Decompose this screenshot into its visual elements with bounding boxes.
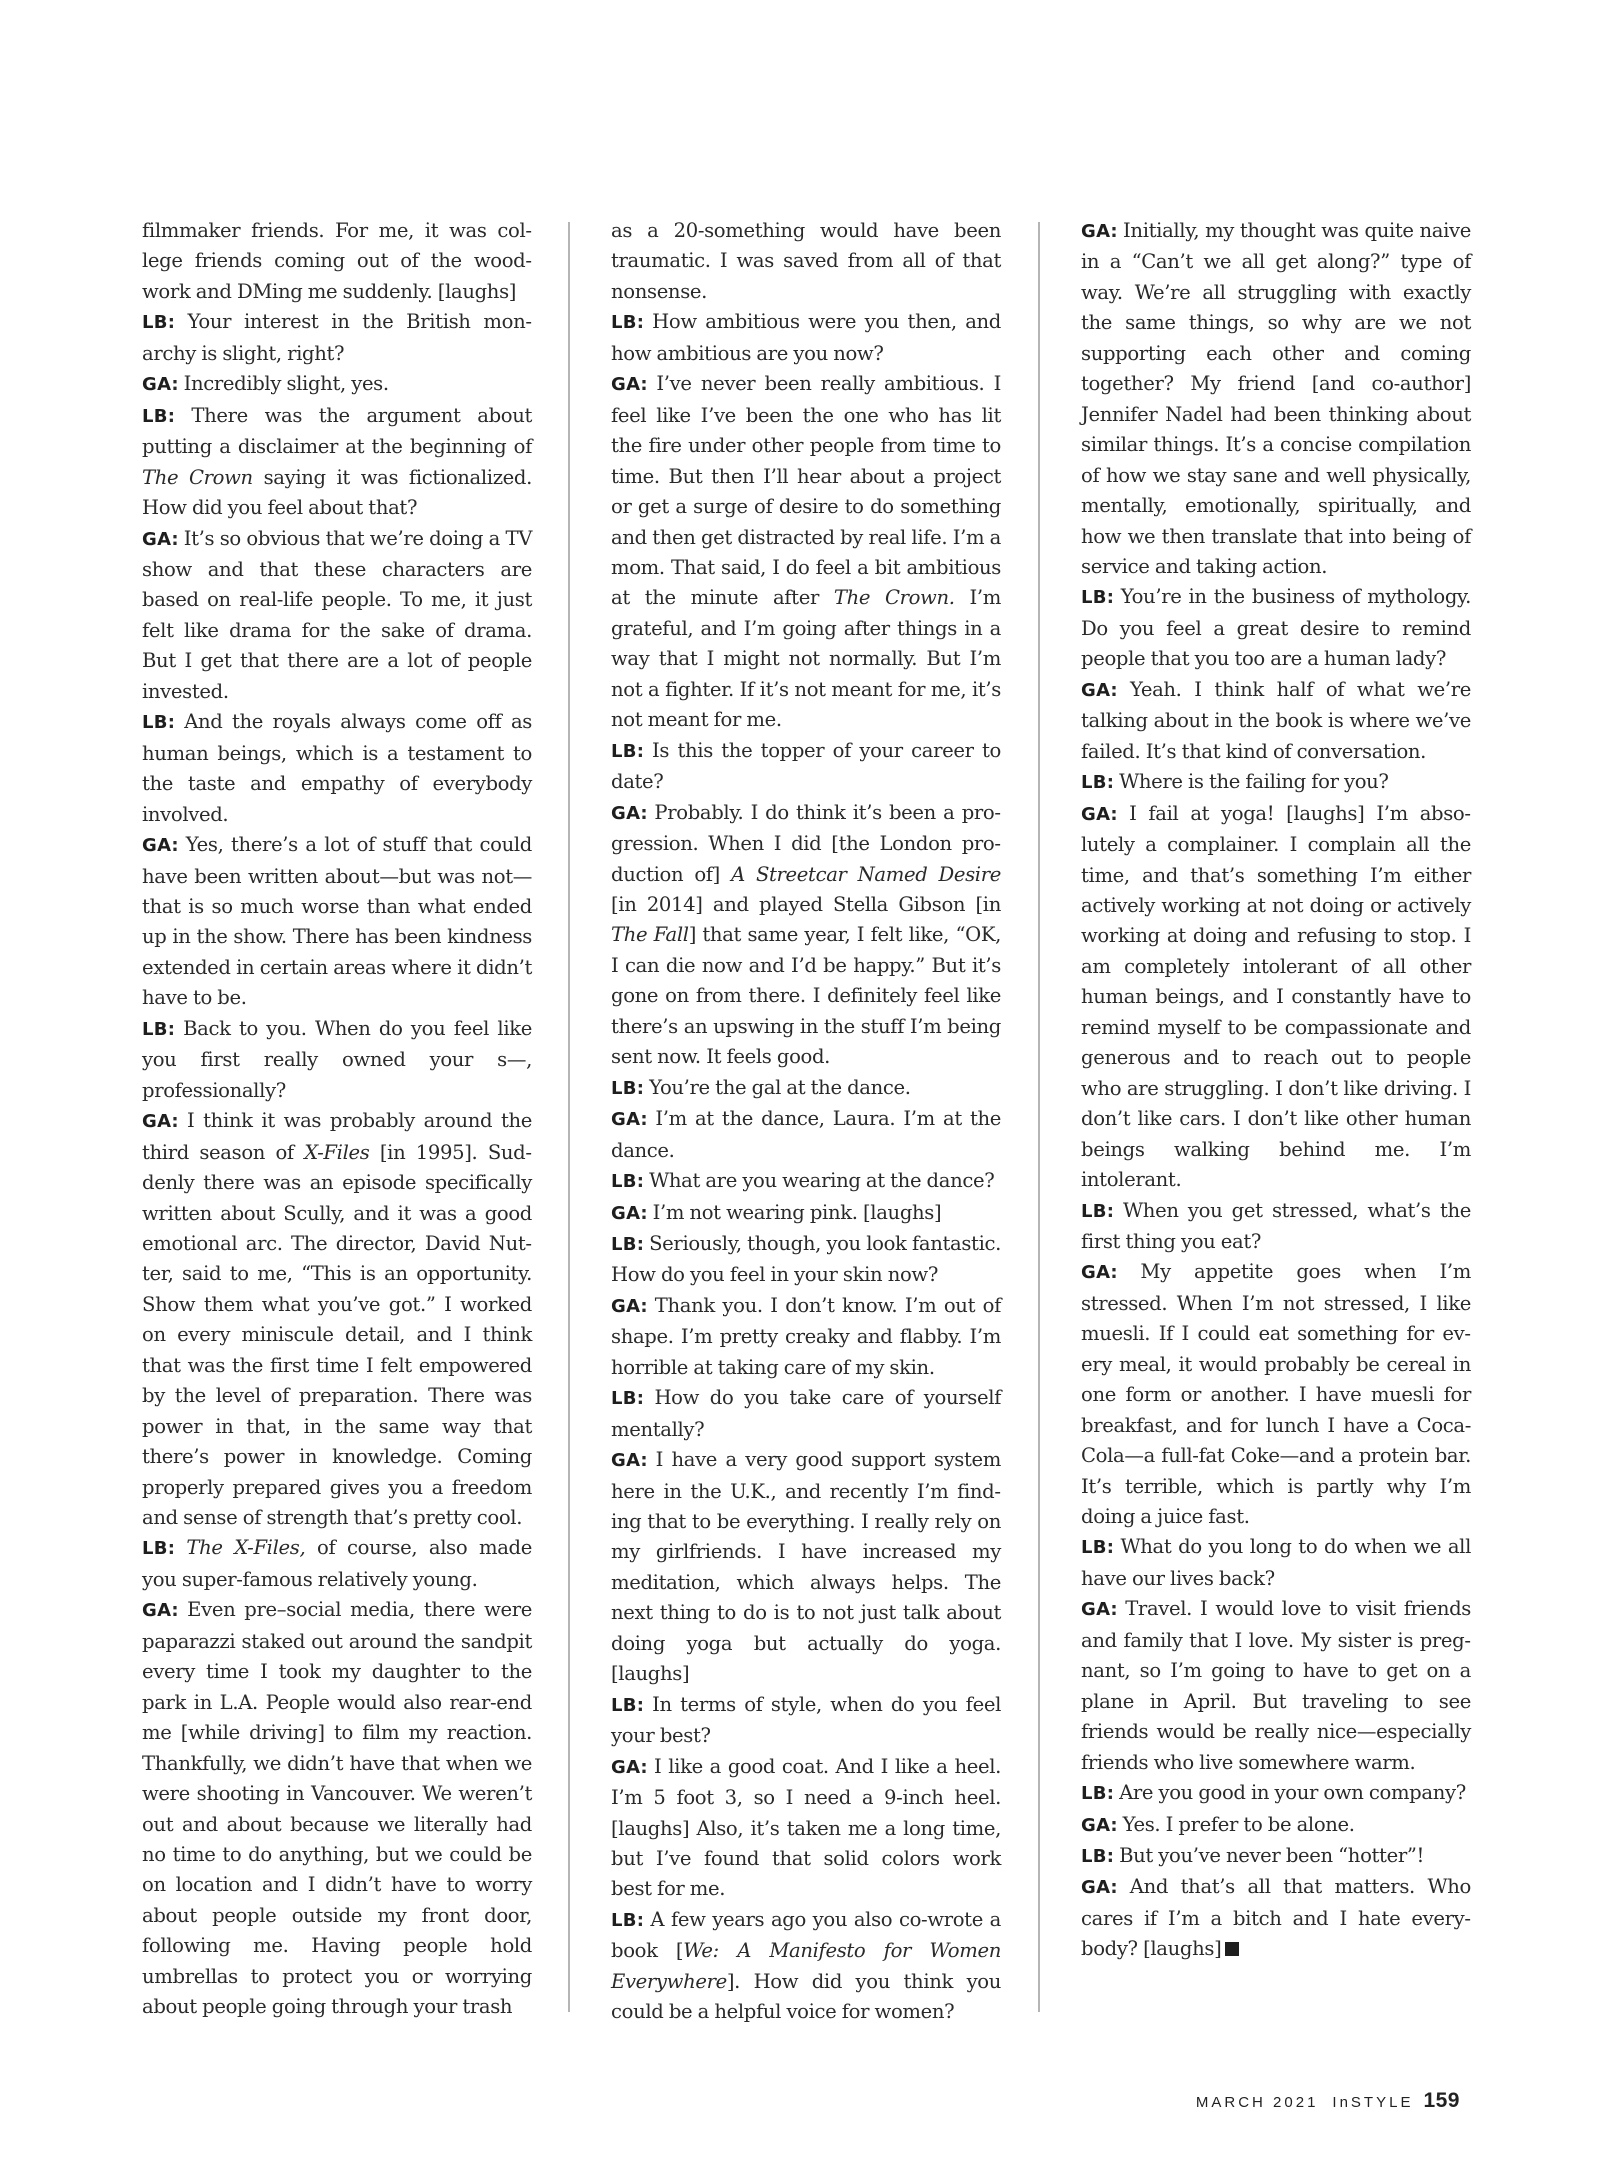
interview-exchange: LB: And the royals always come off as hu… — [142, 707, 532, 830]
speaker-label: LB — [1081, 1783, 1107, 1804]
body-text: My appetite goes when I’m stressed. When… — [1081, 1260, 1471, 1528]
speaker-label: GA — [1081, 1877, 1110, 1898]
interview-exchange: GA: I have a very good support system he… — [611, 1445, 1001, 1690]
interview-exchange: LB: The X-Files, of course, also made yo… — [142, 1533, 532, 1595]
interview-exchange: GA: I fail at yoga! [laughs] I’m abso­lu… — [1081, 799, 1471, 1196]
speaker-label: LB — [611, 741, 637, 762]
interview-exchange: GA: I’m not wearing pink. [laughs] — [611, 1198, 1001, 1229]
body-text: Even pre–social media, there were papara… — [142, 1598, 532, 2018]
speaker-label: GA — [1081, 804, 1110, 825]
speaker-label: LB — [1081, 1846, 1107, 1867]
speaker-label: LB — [1081, 1537, 1107, 1558]
interview-exchange: GA: Thank you. I don’t know. I’m out of … — [611, 1291, 1001, 1383]
body-text: Yes. I prefer to be alone. — [1123, 1813, 1355, 1836]
speaker-label: GA — [1081, 680, 1110, 701]
article-column-2: as a 20-something would have been trauma… — [611, 216, 1001, 2028]
speaker-label: LB — [611, 1171, 637, 1192]
interview-exchange: GA: Yes. I prefer to be alone. — [1081, 1810, 1471, 1841]
interview-exchange: GA: I’ve never been really ambitious. I … — [611, 369, 1001, 735]
page-number: 159 — [1423, 2089, 1460, 2113]
speaker-label: LB — [1081, 772, 1107, 793]
interview-exchange: GA: It’s so obvious that we’re doing a T… — [142, 524, 532, 708]
body-text: I like a good coat. And I like a heel. I… — [611, 1755, 1001, 1901]
body-text: Thank you. I don’t know. I’m out of shap… — [611, 1294, 1001, 1379]
body-text: Initially, my thought was quite naive in… — [1081, 219, 1471, 578]
body-text: Back to you. When do you feel like you f… — [142, 1017, 532, 1102]
speaker-label: GA — [1081, 1262, 1110, 1283]
speaker-label: GA — [142, 835, 171, 856]
interview-exchange: LB: What are you wearing at the dance? — [611, 1166, 1001, 1197]
interview-exchange: GA: My appetite goes when I’m stressed. … — [1081, 1257, 1471, 1532]
body-text: Travel. I would love to visit friends an… — [1081, 1597, 1471, 1773]
body-text: [in 1995]. Sud­denly there was an episod… — [142, 1141, 532, 1529]
body-text: What are you wearing at the dance? — [649, 1169, 994, 1192]
article-column-1: filmmaker friends. For me, it was col­le… — [142, 216, 532, 2023]
speaker-label: GA — [1081, 1815, 1110, 1836]
body-text: How ambitious were you then, and how amb… — [611, 310, 1001, 364]
interview-exchange: LB: But you’ve never been “hotter”! — [1081, 1841, 1471, 1872]
issue-date: MARCH 2021 — [1196, 2094, 1319, 2111]
title-italic: A Streetcar Named Desire — [731, 863, 1001, 886]
interview-exchange: GA: Travel. I would love to visit friend… — [1081, 1594, 1471, 1778]
article-column-3: GA: Initially, my thought was quite naiv… — [1081, 216, 1471, 1965]
page-footer: MARCH 2021 InSTYLE 159 — [1196, 2089, 1460, 2113]
body-text: You’re the gal at the dance. — [649, 1076, 911, 1099]
interview-exchange: GA: Initially, my thought was quite naiv… — [1081, 216, 1471, 582]
body-text: There was the argument about putting a d… — [142, 404, 532, 458]
body-text: And the royals always come off as human … — [142, 710, 532, 825]
body-text: I fail at yoga! [laughs] I’m abso­lutely… — [1081, 802, 1471, 1191]
continued-paragraph: filmmaker friends. For me, it was col­le… — [142, 216, 532, 307]
speaker-label: LB — [142, 712, 168, 733]
interview-exchange: GA: Incredibly slight, yes. — [142, 369, 532, 400]
speaker-label: LB — [611, 1910, 637, 1931]
speaker-label: LB — [1081, 587, 1107, 608]
speaker-label: LB — [1081, 1201, 1107, 1222]
interview-exchange: LB: There was the argument about putting… — [142, 401, 532, 524]
body-text: Your interest in the British mon­archy i… — [142, 310, 532, 364]
speaker-label: GA — [611, 1109, 640, 1130]
interview-exchange: LB: Back to you. When do you feel like y… — [142, 1014, 532, 1106]
interview-exchange: LB: A few years ago you also co-wrote a … — [611, 1905, 1001, 2028]
speaker-label: LB — [611, 312, 637, 333]
speaker-label: LB — [142, 1019, 168, 1040]
speaker-label: LB — [611, 1234, 637, 1255]
body-text: Where is the failing for you? — [1119, 770, 1389, 793]
body-text: And that’s all that matters. Who cares i… — [1081, 1875, 1471, 1960]
interview-exchange: LB: Where is the failing for you? — [1081, 767, 1471, 798]
body-text: In terms of style, when do you feel your… — [611, 1693, 1001, 1747]
interview-exchange: GA: Even pre–social media, there were pa… — [142, 1595, 532, 2022]
speaker-label: GA — [611, 1450, 640, 1471]
interview-exchange: LB: How do you take care of yourself men… — [611, 1383, 1001, 1445]
body-text: Seriously, though, you look fantas­tic. … — [611, 1232, 1001, 1286]
interview-exchange: GA: And that’s all that matters. Who car… — [1081, 1872, 1471, 1964]
interview-exchange: GA: Probably. I do think it’s been a pro… — [611, 798, 1001, 1073]
magazine-brand: InSTYLE — [1332, 2094, 1413, 2111]
speaker-label: GA — [611, 1296, 640, 1317]
speaker-label: GA — [142, 1600, 171, 1621]
title-italic: The Crown — [142, 466, 253, 489]
magazine-page: filmmaker friends. For me, it was col­le… — [0, 0, 1600, 2175]
body-text: When you get stressed, what’s the first … — [1081, 1199, 1471, 1253]
continued-paragraph: as a 20-something would have been trauma… — [611, 216, 1001, 307]
end-of-article-mark — [1225, 1942, 1239, 1956]
body-text: Is this the topper of your career to dat… — [611, 739, 1001, 793]
interview-exchange: GA: I think it was probably around the t… — [142, 1106, 532, 1533]
speaker-label: LB — [142, 1538, 168, 1559]
body-text: Incredibly slight, yes. — [184, 372, 389, 395]
speaker-label: GA — [1081, 1599, 1110, 1620]
interview-exchange: LB: What do you long to do when we all h… — [1081, 1532, 1471, 1594]
speaker-label: GA — [611, 1203, 640, 1224]
speaker-label: GA — [611, 803, 640, 824]
body-text: filmmaker friends. For me, it was col­le… — [142, 219, 532, 303]
speaker-label: LB — [142, 406, 168, 427]
speaker-label: LB — [611, 1695, 637, 1716]
interview-exchange: LB: Your interest in the British mon­arc… — [142, 307, 532, 369]
interview-exchange: GA: I’m at the dance, Laura. I’m at the … — [611, 1104, 1001, 1166]
speaker-label: LB — [142, 312, 168, 333]
body-text: You’re in the business of mythology. Do … — [1081, 585, 1471, 670]
interview-exchange: LB: You’re the gal at the dance. — [611, 1073, 1001, 1104]
interview-exchange: LB: How ambitious were you then, and how… — [611, 307, 1001, 369]
body-text: What do you long to do when we all have … — [1081, 1535, 1471, 1589]
body-text: I’ve never been really ambitious. I feel… — [611, 372, 1001, 609]
interview-exchange: LB: In terms of style, when do you feel … — [611, 1690, 1001, 1752]
interview-exchange: LB: Is this the topper of your career to… — [611, 736, 1001, 798]
interview-exchange: LB: Are you good in your own com­pany? — [1081, 1778, 1471, 1809]
interview-exchange: GA: I like a good coat. And I like a hee… — [611, 1752, 1001, 1905]
column-divider — [568, 222, 570, 2012]
body-text: as a 20-something would have been trauma… — [611, 219, 1001, 303]
title-italic: X-Files — [304, 1141, 369, 1164]
speaker-label: GA — [142, 374, 171, 395]
body-text: It’s so obvious that we’re doing a TV sh… — [142, 527, 532, 703]
speaker-label: GA — [142, 1111, 171, 1132]
speaker-label: GA — [611, 1757, 640, 1778]
interview-exchange: LB: You’re in the business of mythology.… — [1081, 582, 1471, 674]
speaker-label: GA — [142, 529, 171, 550]
title-italic: The Fall — [611, 923, 689, 946]
column-divider — [1038, 222, 1040, 2012]
body-text: Are you good in your own com­pany? — [1119, 1781, 1466, 1804]
body-text: Yeah. I think half of what we’re talking… — [1081, 678, 1471, 763]
body-text: I’m not wearing pink. [laughs] — [653, 1201, 942, 1224]
interview-exchange: LB: Seriously, though, you look fantas­t… — [611, 1229, 1001, 1291]
body-text: Yes, there’s a lot of stuff that could h… — [142, 833, 532, 1009]
body-text: I’m at the dance, Laura. I’m at the danc… — [611, 1107, 1001, 1161]
body-text: I have a very good support system here i… — [611, 1448, 1001, 1685]
speaker-label: GA — [1081, 221, 1110, 242]
speaker-label: LB — [611, 1388, 637, 1409]
body-text: [in 2014] and played Stella Gibson [in — [611, 893, 1001, 916]
speaker-label: GA — [611, 374, 640, 395]
body-text: But you’ve never been “hotter”! — [1119, 1844, 1424, 1867]
title-italic: The Crown. — [834, 586, 955, 609]
interview-exchange: GA: Yeah. I think half of what we’re tal… — [1081, 675, 1471, 767]
interview-exchange: GA: Yes, there’s a lot of stuff that cou… — [142, 830, 532, 1014]
body-text: How do you take care of yourself mentall… — [611, 1386, 1001, 1440]
title-italic: The X-Files, — [186, 1536, 305, 1559]
speaker-label: LB — [611, 1078, 637, 1099]
interview-exchange: LB: When you get stressed, what’s the fi… — [1081, 1196, 1471, 1258]
